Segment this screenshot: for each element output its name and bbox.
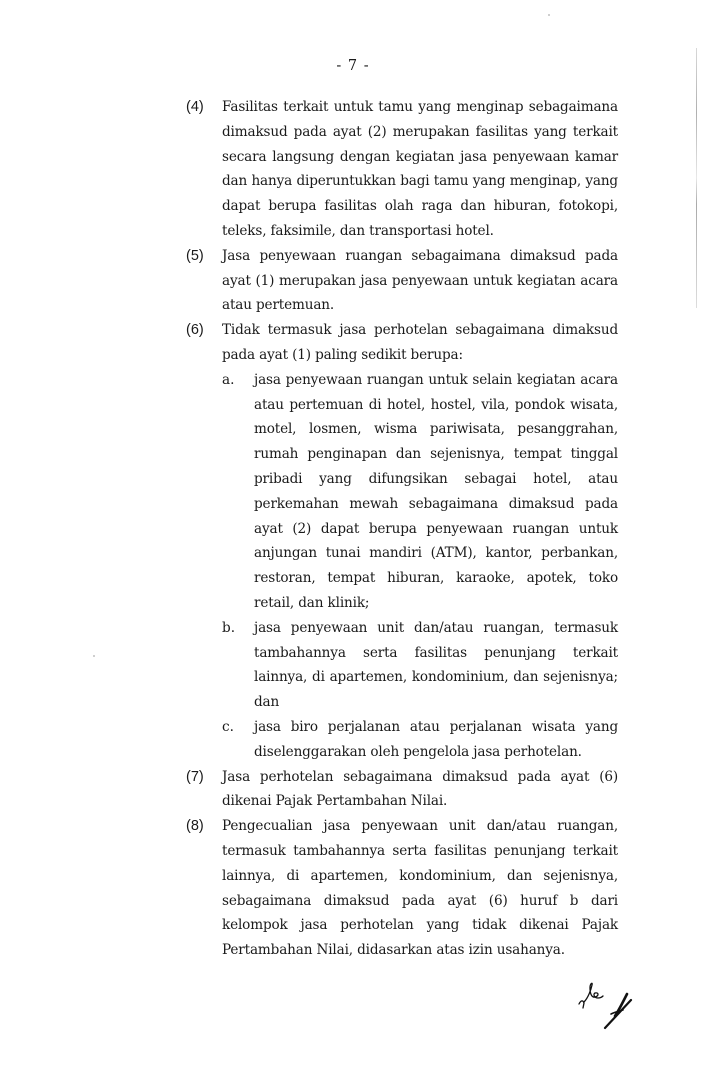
clause-text: Pengecualian jasa penyewaan unit dan/ata… [222, 814, 618, 963]
sub-item-letter: b. [222, 616, 235, 641]
scan-speck [548, 14, 550, 16]
sub-item-c: c. jasa biro perjalanan atau perjalanan … [222, 715, 618, 765]
sub-item-text: jasa penyewaan ruangan untuk selain kegi… [254, 368, 618, 616]
clause-number: (5) [186, 244, 204, 269]
clause-text: Tidak termasuk jasa perhotelan sebagaima… [222, 318, 618, 368]
scan-edge-line [696, 48, 697, 308]
clause-number: (6) [186, 318, 204, 343]
clause-number: (7) [186, 765, 204, 790]
sub-item-b: b. jasa penyewaan unit dan/atau ruangan,… [222, 616, 618, 715]
clause-8: (8) Pengecualian jasa penyewaan unit dan… [186, 814, 618, 963]
sub-item-letter: a. [222, 368, 234, 393]
sub-item-a: a. jasa penyewaan ruangan untuk selain k… [222, 368, 618, 616]
clause-text: Jasa perhotelan sebagaimana dimaksud pad… [222, 765, 618, 815]
scan-speck [93, 655, 95, 657]
sub-item-text: jasa penyewaan unit dan/atau ruangan, te… [254, 616, 618, 715]
document-body: (4) Fasilitas terkait untuk tamu yang me… [186, 95, 618, 963]
clause-4: (4) Fasilitas terkait untuk tamu yang me… [186, 95, 618, 244]
sub-item-letter: c. [222, 715, 234, 740]
clause-6: (6) Tidak termasuk jasa perhotelan sebag… [186, 318, 618, 764]
page-number: - 7 - [0, 58, 706, 74]
clause-number: (8) [186, 814, 204, 839]
sub-item-list: a. jasa penyewaan ruangan untuk selain k… [222, 368, 618, 765]
clause-5: (5) Jasa penyewaan ruangan sebagaimana d… [186, 244, 618, 318]
clause-7: (7) Jasa perhotelan sebagaimana dimaksud… [186, 765, 618, 815]
clause-text: Fasilitas terkait untuk tamu yang mengin… [222, 95, 618, 244]
handwritten-initials-icon [575, 980, 645, 1030]
clause-number: (4) [186, 95, 204, 120]
sub-item-text: jasa biro perjalanan atau perjalanan wis… [254, 715, 618, 765]
clause-text: Jasa penyewaan ruangan sebagaimana dimak… [222, 244, 618, 318]
